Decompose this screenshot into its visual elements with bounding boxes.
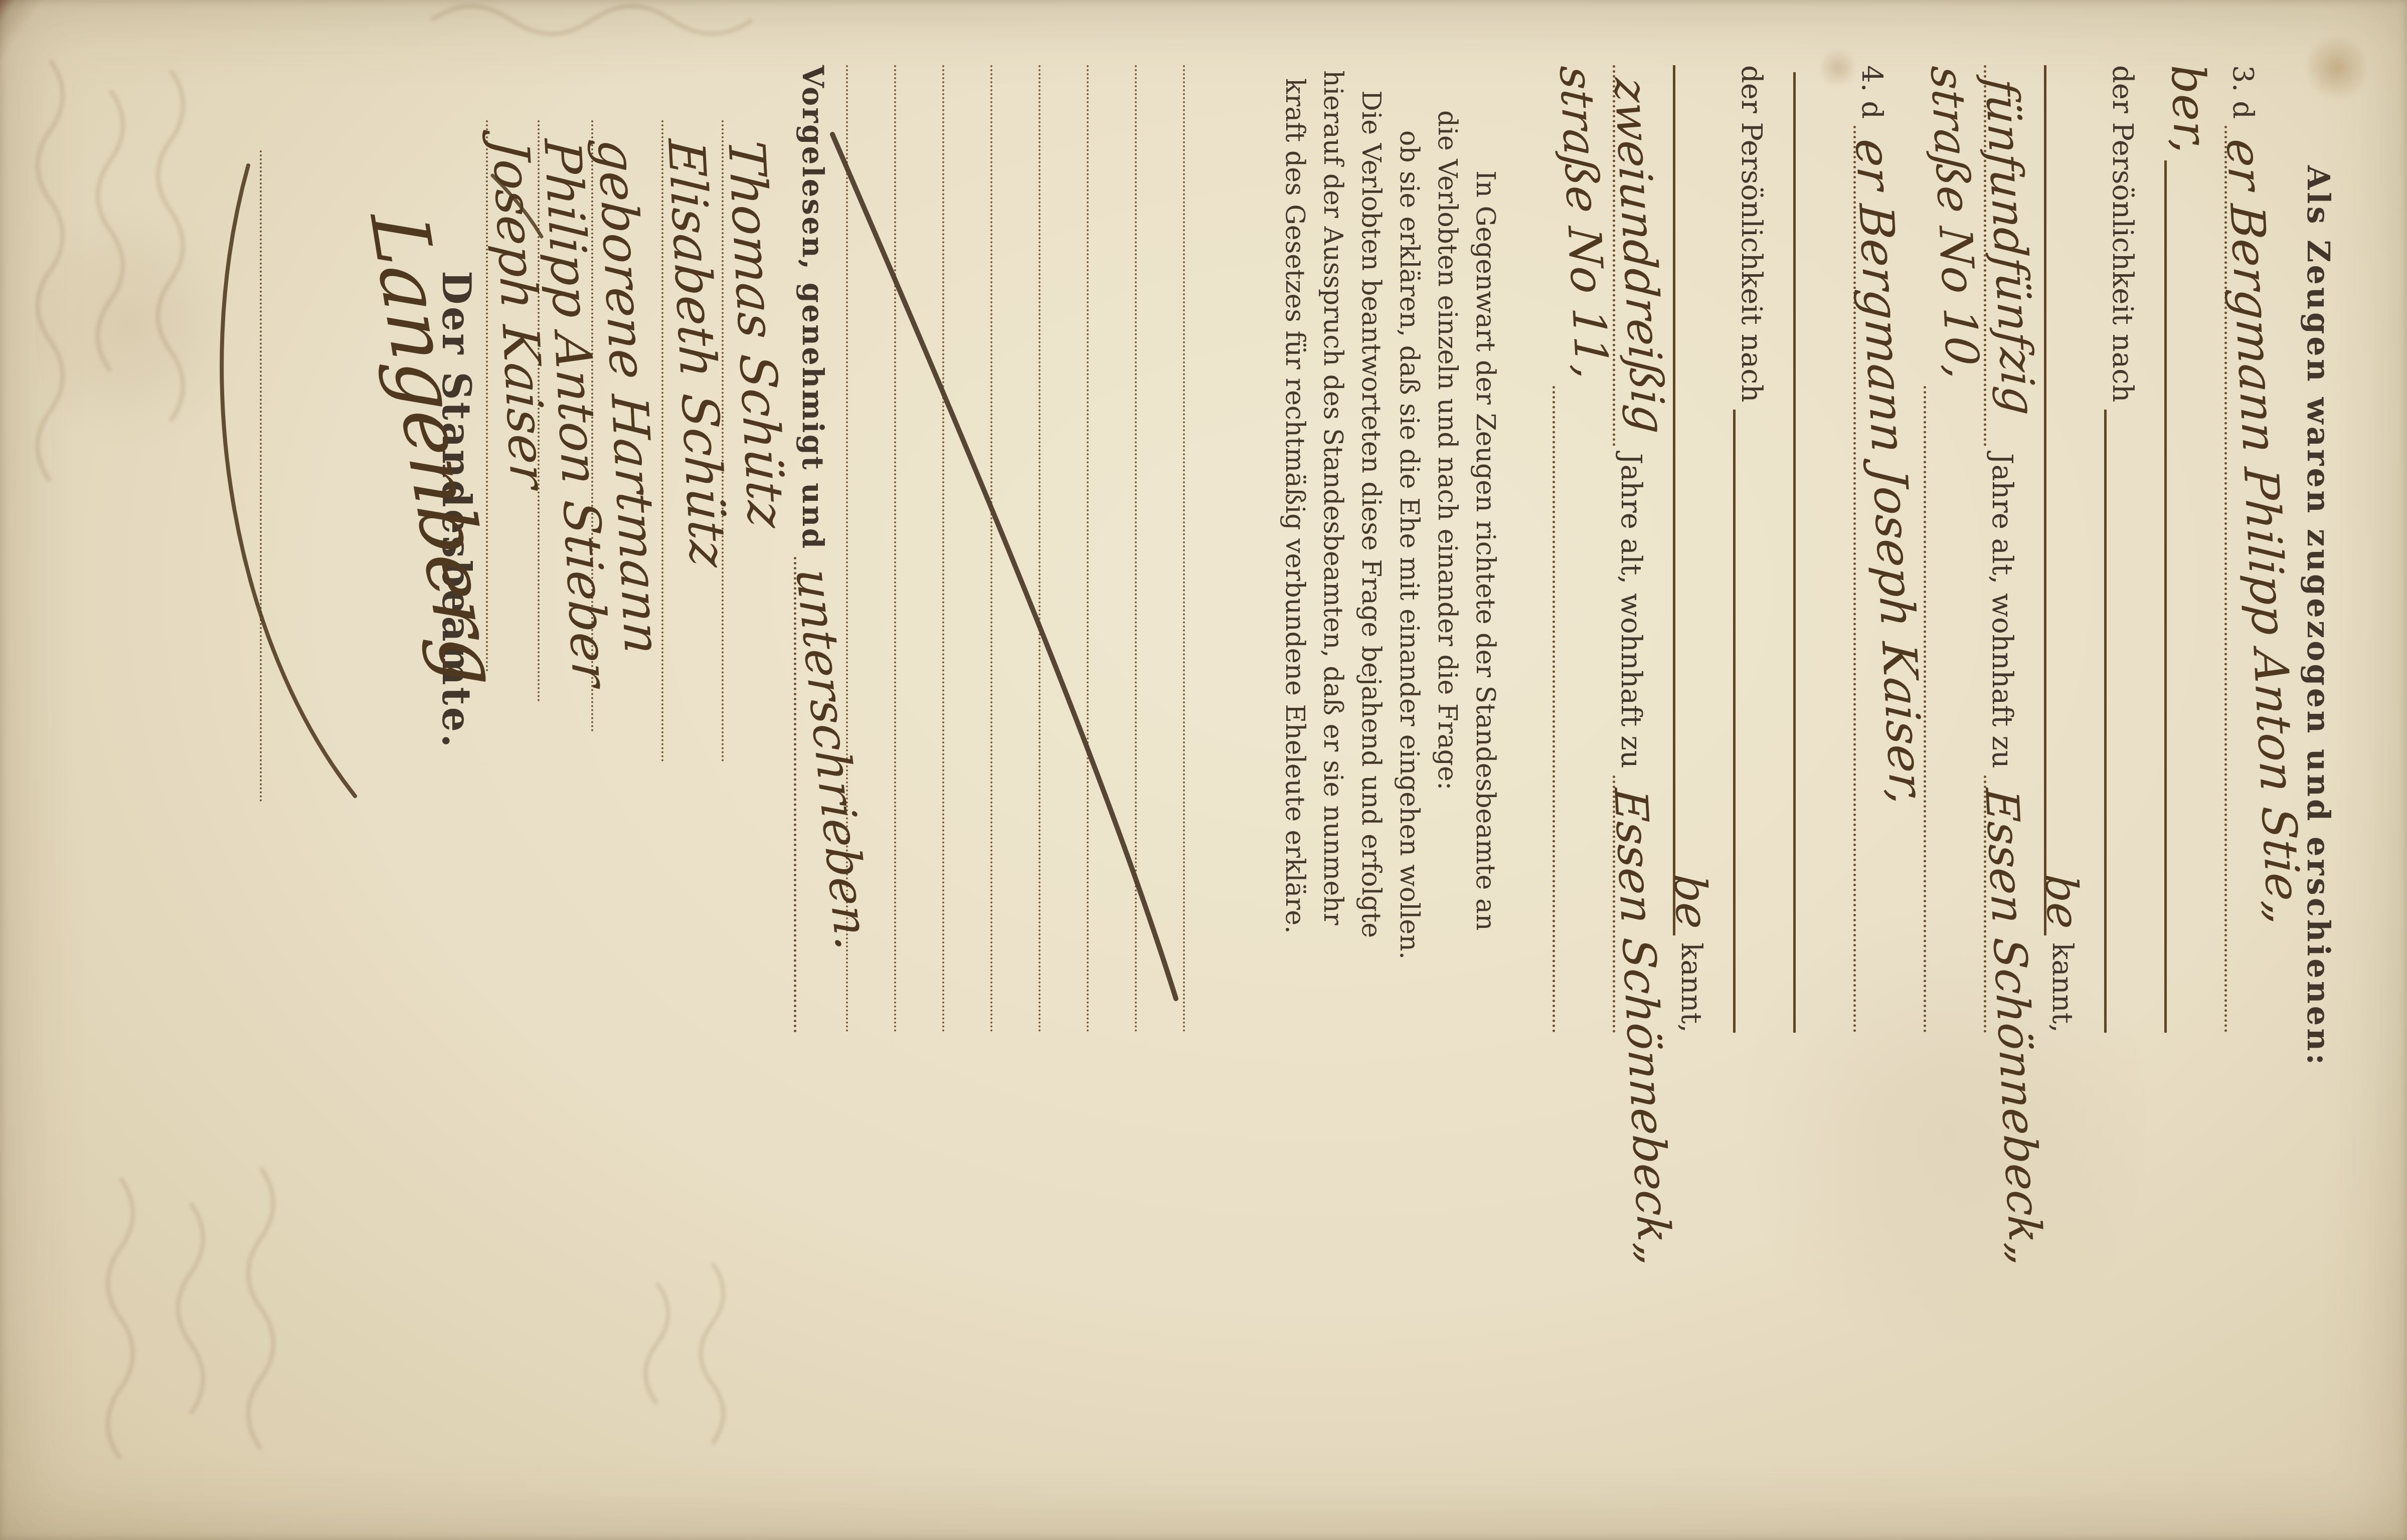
cancellation-stroke <box>832 134 1176 999</box>
bleed-through-writing <box>38 7 752 1459</box>
registrar-flourish-stroke <box>222 165 355 796</box>
signature-paraph-stroke <box>492 175 542 237</box>
scanned-document-page: Als Zeugen waren zugezogen und erschiene… <box>0 0 2407 1540</box>
ink-strokes-overlay <box>0 0 2407 1540</box>
registry-form: Als Zeugen waren zugezogen und erschiene… <box>0 0 2407 1540</box>
